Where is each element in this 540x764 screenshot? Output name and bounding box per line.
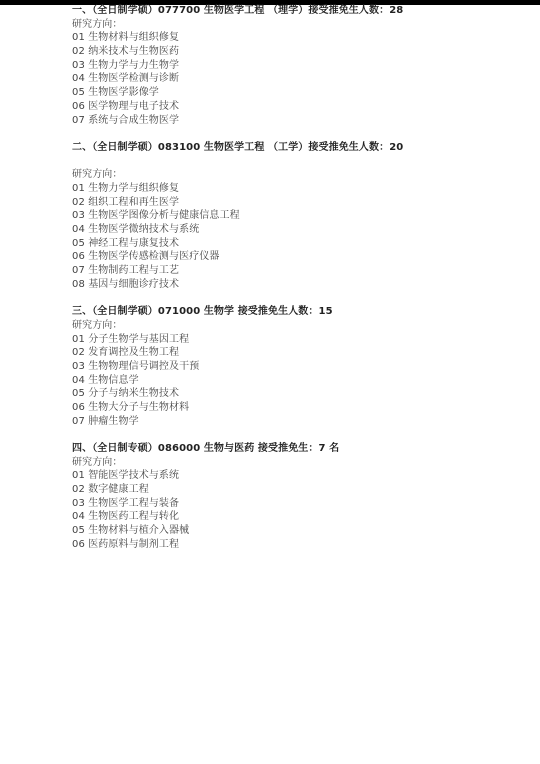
list-item: 04 生物医学检测与诊断: [72, 72, 512, 86]
list-item: 03 生物医学工程与装备: [72, 497, 512, 511]
section-083100: 二、（全日制学硕）083100 生物医学工程 （工学）接受推免生人数：20 研究…: [72, 141, 512, 292]
spacer: [72, 127, 512, 141]
list-item: 03 生物力学与力生物学: [72, 59, 512, 73]
spacer: [72, 291, 512, 305]
section-086000: 四、（全日制专硕）086000 生物与医药 接受推免生：7 名 研究方向： 01…: [72, 442, 512, 552]
research-direction-label: 研究方向：: [72, 456, 512, 470]
research-direction-label: 研究方向：: [72, 18, 512, 32]
list-item: 07 系统与合成生物医学: [72, 114, 512, 128]
research-direction-label: 研究方向：: [72, 168, 512, 182]
list-item: 01 生物材料与组织修复: [72, 31, 512, 45]
list-item: 07 肿瘤生物学: [72, 415, 512, 429]
section-heading: 二、（全日制学硕）083100 生物医学工程 （工学）接受推免生人数：20: [72, 141, 512, 155]
list-item: 03 生物物理信号调控及干预: [72, 360, 512, 374]
list-item: 01 生物力学与组织修复: [72, 182, 512, 196]
list-item: 05 生物材料与植介入器械: [72, 524, 512, 538]
list-item: 02 组织工程和再生医学: [72, 196, 512, 210]
list-item: 07 生物制药工程与工艺: [72, 264, 512, 278]
list-item: 08 基因与细胞诊疗技术: [72, 278, 512, 292]
list-item: 06 生物大分子与生物材料: [72, 401, 512, 415]
list-item: 06 生物医学传感检测与医疗仪器: [72, 250, 512, 264]
section-077700: 一、（全日制学硕）077700 生物医学工程 （理学）接受推免生人数：28 研究…: [72, 4, 512, 127]
list-item: 04 生物医药工程与转化: [72, 510, 512, 524]
list-item: 03 生物医学图像分析与健康信息工程: [72, 209, 512, 223]
list-item: 06 医药原料与制剂工程: [72, 538, 512, 552]
research-direction-label: 研究方向：: [72, 319, 512, 333]
section-heading: 四、（全日制专硕）086000 生物与医药 接受推免生：7 名: [72, 442, 512, 456]
list-item: 02 发育调控及生物工程: [72, 346, 512, 360]
section-heading: 一、（全日制学硕）077700 生物医学工程 （理学）接受推免生人数：28: [72, 4, 512, 18]
list-item: 02 纳米技术与生物医药: [72, 45, 512, 59]
list-item: 02 数字健康工程: [72, 483, 512, 497]
list-item: 06 医学物理与电子技术: [72, 100, 512, 114]
section-heading: 三、（全日制学硕）071000 生物学 接受推免生人数：15: [72, 305, 512, 319]
list-item: 05 生物医学影像学: [72, 86, 512, 100]
list-item: 05 神经工程与康复技术: [72, 237, 512, 251]
spacer: [72, 155, 512, 169]
list-item: 01 分子生物学与基因工程: [72, 333, 512, 347]
list-item: 01 智能医学技术与系统: [72, 469, 512, 483]
list-item: 05 分子与纳米生物技术: [72, 387, 512, 401]
spacer: [72, 428, 512, 442]
list-item: 04 生物医学微纳技术与系统: [72, 223, 512, 237]
document-body: 一、（全日制学硕）077700 生物医学工程 （理学）接受推免生人数：28 研究…: [72, 4, 512, 552]
section-071000: 三、（全日制学硕）071000 生物学 接受推免生人数：15 研究方向： 01 …: [72, 305, 512, 428]
list-item: 04 生物信息学: [72, 374, 512, 388]
